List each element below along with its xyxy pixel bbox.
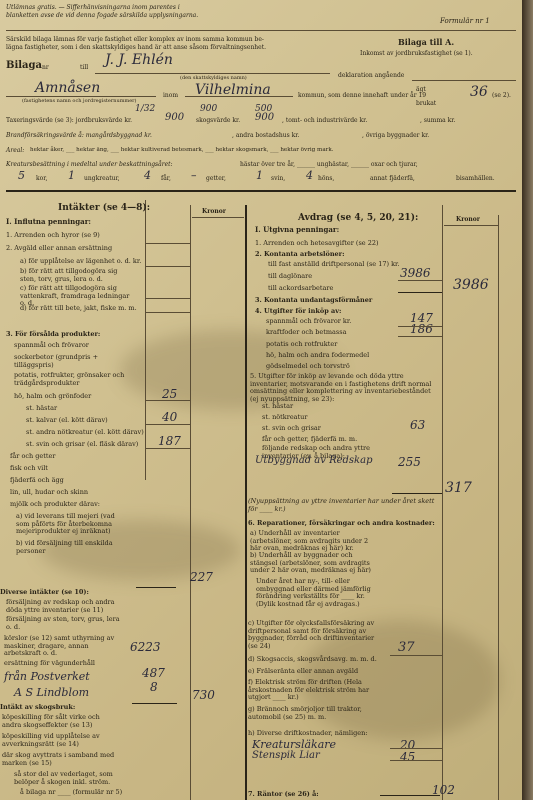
- kommun-text: kommun, som denne innehaft under år 19: [298, 92, 426, 99]
- income-item-lin: lin, ull, hudar och skinn: [10, 489, 88, 497]
- income-title: Intäkter (se 4—8):: [58, 203, 150, 213]
- ded-section-7: 7. Räntor (se 26) å:: [248, 791, 319, 799]
- income-item-mjolk: mjölk och produkter därav:: [10, 501, 100, 509]
- label-hons: höns,: [318, 175, 334, 182]
- income-item-kalvar: st. kalvar (el. kött därav): [26, 417, 108, 425]
- ded-item-stenspik: Stenspik Liar: [252, 750, 320, 761]
- deductions-section-1: I. Utgivna penningar:: [255, 226, 339, 234]
- ded-item-inventarier: 5. Utgifter för inköp av levande och död…: [250, 373, 440, 403]
- ded-item-6d: d) Skogsaccis, skogsvårdsavg. m. m. d.: [248, 656, 377, 664]
- ded-value-kraftfoder: 186: [410, 322, 433, 336]
- notice-line-2: blanketten avse de vid denna fogade särs…: [6, 12, 198, 19]
- income-diverse-lindblom: A S Lindblom: [14, 686, 89, 699]
- till-label: till: [80, 64, 88, 71]
- fraction-note: 1/32: [135, 104, 155, 114]
- ded-item-inkop: 4. Utgifter för inköp av:: [255, 308, 341, 316]
- count-ungkreatur: 1: [68, 169, 75, 182]
- jordbruksvarde: 900: [165, 112, 184, 123]
- income-item-1: 1. Arrenden och hyror (se 9): [6, 232, 100, 240]
- income-item-ho: hö, halm och grönfoder: [14, 393, 91, 401]
- ded-item-6a: a) Underhåll av inventarier (arbetslöner…: [250, 530, 380, 553]
- income-subtotal-1: 227: [190, 570, 213, 584]
- year-value: 36: [470, 84, 488, 100]
- income-value-kalvar: 40: [162, 410, 177, 424]
- ded-value-stenspik: 45: [400, 750, 415, 764]
- income-section-diverse: Diverse intäkter (se 10):: [0, 589, 89, 597]
- income-subtotal-2: 730: [192, 688, 215, 702]
- income-item-fjaderfa: fjäderfä och ägg: [10, 477, 64, 485]
- income-kronor-header: Kronor: [202, 208, 226, 215]
- count-getter: –: [191, 169, 197, 182]
- year-ref: (se 2).: [492, 92, 511, 99]
- andra-label: , andra bostadshus kr.: [232, 132, 299, 139]
- income-value-lindblom: 8: [150, 680, 158, 694]
- income-value-postverket: 487: [142, 666, 165, 680]
- ded-item-fast: till fast anställd driftpersonal (se 17)…: [268, 261, 399, 269]
- ded-item-far: får och getter, fjäderfä m. m.: [262, 436, 357, 444]
- tomt-label: , tomt- och industrivärde kr.: [282, 117, 367, 124]
- inom-label: inom: [163, 92, 178, 99]
- ded-item-hastar: st. hästar: [262, 403, 293, 411]
- income-item-2a: a) för upplåtelse av lägenhet o. d. kr.: [20, 258, 141, 266]
- count-kor: 5: [18, 169, 25, 182]
- formular-number: Formulär nr 1: [440, 17, 490, 25]
- income-item-spannmal: spannmål och frövaror: [14, 342, 89, 350]
- income-item-fisk: fisk och vilt: [10, 465, 48, 473]
- areal-text: hektar åker, ___ hektar äng, ___ hektar …: [30, 147, 334, 154]
- brukat-label: brukat: [416, 100, 436, 107]
- ded-item-spannmal: spannmål och frövaror kr.: [266, 318, 351, 326]
- ded-item-notkreatur: st. nötkreatur: [262, 414, 307, 422]
- property-name: Amnåsen: [35, 80, 100, 96]
- count-svin: 1: [256, 169, 263, 182]
- summa-label: , summa kr.: [420, 117, 455, 124]
- income-diverse-redskap: försäljning av redskap och andra döda yt…: [6, 599, 126, 614]
- income-section-1: I. Influtna penningar:: [6, 218, 91, 226]
- income-diverse-sten: försäljning av sten, torv, grus, lera o.…: [6, 616, 126, 631]
- income-skog-bilaga: å bilaga nr ____ (formulär nr 5): [20, 789, 122, 797]
- label-svin: svin,: [271, 175, 285, 182]
- ded-item-godsel: gödselmedel och torvströ: [266, 363, 350, 371]
- ded-item-utbyggnad: Utbyggnad av Redskap: [255, 455, 372, 466]
- bilaga-title: Bilaga till A.: [398, 38, 454, 47]
- areal-label: Areal:: [6, 147, 24, 154]
- income-item-2b: b) för rätt att tillgodogöra sig sten, t…: [20, 268, 135, 283]
- ded-item-ackord: till ackordsarbetare: [268, 285, 333, 293]
- income-item-potatis: potatis, rotfrukter, grönsaker och trädg…: [14, 372, 134, 387]
- ded-value-daglonare: 3986: [400, 266, 431, 280]
- ded-item-6b: b) Underhåll av byggnader och stängsel (…: [250, 552, 380, 575]
- income-item-mejeri: a) vid leverans till mejeri (vad som påf…: [16, 513, 128, 536]
- income-value-korslor: 6223: [130, 640, 161, 654]
- instruction-line-1: Särskild bilaga lämnas för varje fastigh…: [6, 36, 264, 43]
- income-skog-vederlag: så stor del av vederlaget, som belöper å…: [14, 771, 114, 786]
- ded-item-arrenden: 1. Arrenden och hetesavgifter (se 22): [255, 240, 379, 248]
- ded-item-6f: f) Elektrisk ström för driften (Hela års…: [248, 679, 378, 702]
- ded-item-ho: hö, halm och andra fodermedel: [266, 352, 369, 360]
- income-item-far: får och getter: [10, 453, 55, 461]
- ded-item-potatis: potatis och rotfrukter: [266, 341, 337, 349]
- bilaga-subtitle: Inkomst av jordbruksfastighet (se 1).: [360, 50, 473, 57]
- deductions-kronor-header: Kronor: [456, 216, 480, 223]
- ded-item-daglonare: till daglönare: [268, 273, 312, 281]
- nr-label: nr: [42, 64, 49, 71]
- ovriga-label: , övriga byggnader kr.: [362, 132, 429, 139]
- label-kor: kor,: [36, 175, 47, 182]
- brand-label: Brandförsäkringsvärde å: mangårdsbyggnad…: [6, 132, 152, 139]
- ded-nyuppsattning: (Nyuppsättning av yttre inventarier har …: [248, 498, 440, 513]
- ded-item-svin: st. svin och grisar: [262, 425, 321, 433]
- income-skog-virke: köpeskilling för sålt virke och andra sk…: [2, 714, 117, 729]
- income-section-skog: Intäkt av skogsbruk:: [0, 704, 75, 712]
- income-item-sockerbetor: sockerbetor (grundpris + tilläggspris): [14, 354, 134, 369]
- income-diverse-vagunderhall: ersättning för vägunderhåll: [4, 660, 95, 668]
- taxpayer-name: J. J. Ehlén: [105, 52, 173, 68]
- label-bisamhallen: bisamhällen.: [456, 175, 495, 182]
- income-item-2d: d) för rätt till bete, jakt, fiske m. m.: [20, 305, 137, 313]
- income-item-2: 2. Avgäld eller annan ersättning: [6, 245, 112, 253]
- ded-arbetslon-total: 3986: [453, 277, 489, 293]
- count-far: 4: [144, 169, 151, 182]
- count-hons: 4: [306, 169, 313, 182]
- income-skog-avyttrats: där skog avyttrats i samband med marken …: [2, 752, 117, 767]
- ded-item-undantag: 3. Kontanta undantagsförmåner: [255, 297, 372, 305]
- taxering-label: Taxeringsvärde (se 3): jordbruksvärde kr…: [6, 117, 132, 124]
- skogsvarde-label: skogsvärde kr.: [196, 117, 240, 124]
- instruction-line-2: lägna fastigheter, som i den skattskyldi…: [6, 44, 266, 51]
- income-diverse-korslor: körslor (se 12) samt uthyrning av maskin…: [4, 635, 126, 658]
- ded-value-6c: 37: [398, 640, 415, 655]
- property-caption: (fastighetens namn och jordregisternumme…: [22, 98, 137, 104]
- notice-line-1: Utlämnas gratis. — Sifferhänvisningarna …: [6, 4, 180, 11]
- ded-item-6b-note: Under året har ny-, till- eller ombyggna…: [256, 578, 380, 608]
- income-item-svin: st. svin och grisar (el. fläsk därav): [26, 441, 138, 449]
- kreatur-label: Kreatursbesättning i medeltal under besk…: [6, 161, 173, 168]
- ded-value-utbyggnad: 255: [398, 455, 421, 469]
- skogsvarde: 900: [255, 112, 274, 123]
- livestock-row: 5 kor, 1 ungkreatur, 4 får, – getter, 1 …: [6, 172, 516, 186]
- ded-item-6g: g) Brännoch smörjoljor till traktor, aut…: [248, 706, 378, 721]
- income-value-ho: 25: [162, 387, 177, 401]
- ded-item-kraftfoder: kraftfoder och betmassa: [266, 329, 346, 337]
- taxpayer-caption: (den skattskyldiges namn): [180, 75, 247, 82]
- income-item-3: 3. För försålda produkter:: [6, 331, 100, 339]
- ded-item-6e: e) Frälseränta eller annan avgäld: [248, 668, 358, 676]
- label-ungkreatur: ungkreatur,: [84, 175, 120, 182]
- note-900: 900: [200, 104, 217, 114]
- ded-item-6c: c) Utgifter för olycksfallsförsäkring av…: [248, 620, 380, 650]
- tax-form-page: Utlämnas gratis. — Sifferhänvisningarna …: [0, 0, 522, 800]
- deductions-title: Avdrag (se 4, 5, 20, 21):: [298, 213, 418, 223]
- deklaration-label: deklaration angående: [338, 72, 404, 79]
- income-item-hastar: st. hästar: [26, 405, 57, 413]
- ded-value-svin: 63: [410, 418, 425, 432]
- income-item-enskilda: b) vid försäljning till enskilda persone…: [16, 540, 128, 555]
- page-edge-shadow: [522, 0, 533, 800]
- ded-inventarier-total: 317: [445, 480, 472, 496]
- hastar-text: hästar över tre år, ______ unghästar, __…: [240, 161, 418, 168]
- agt-label: ägt: [416, 86, 426, 93]
- bilaga-label: Bilaga: [6, 60, 42, 71]
- ded-item-6h: h) Diverse driftkostnader, nämligen:: [248, 730, 367, 738]
- ded-item-arbetsloner: 2. Kontanta arbetslöner:: [255, 251, 345, 259]
- ded-section-6: 6. Reparationer, försäkringar och andra …: [248, 520, 435, 528]
- income-value-svin: 187: [158, 434, 181, 448]
- income-diverse-postverket: från Postverket: [4, 670, 90, 683]
- income-skog-avverkning: köpeskilling vid upplåtelse av avverknin…: [2, 733, 117, 748]
- label-annat-fjaderfa: annat fjäderfä,: [370, 175, 415, 182]
- label-getter: getter,: [206, 175, 226, 182]
- label-far: får,: [161, 175, 171, 182]
- income-item-notkreatur: st. andra nötkreatur (el. kött därav): [26, 429, 144, 437]
